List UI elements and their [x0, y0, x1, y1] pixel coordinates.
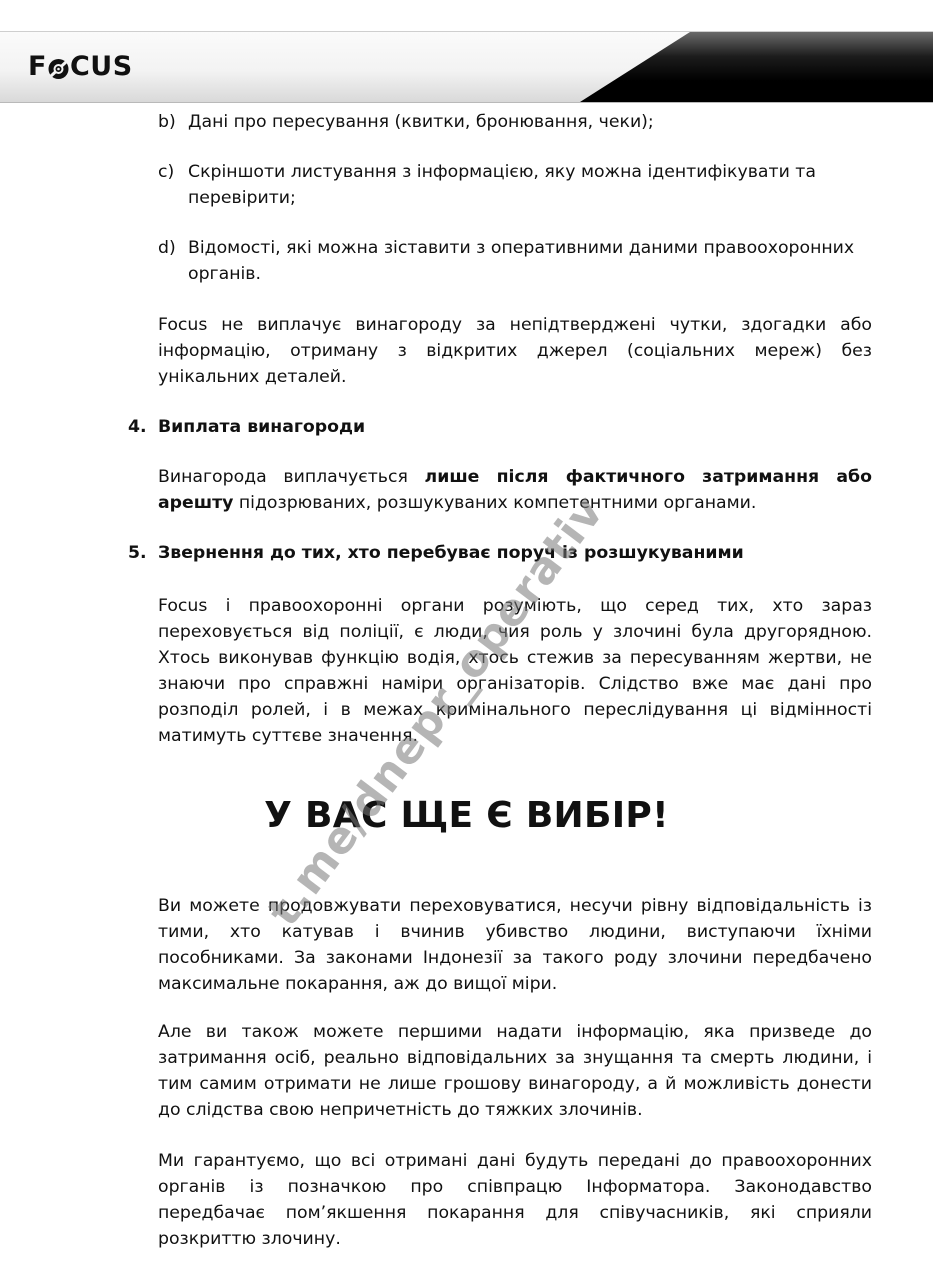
- header-black-wedge: [580, 32, 933, 102]
- section-number: 5.: [128, 540, 158, 566]
- section-title: Звернення до тих, хто перебуває поруч із…: [158, 543, 744, 563]
- closing-paragraph: Ми гарантуємо, що всі отримані дані буду…: [158, 1148, 872, 1252]
- callout-title: У ВАС ЩЕ Є ВИБІР!: [0, 795, 933, 836]
- closing-paragraph: Ви можете продовжувати переховуватися, н…: [158, 893, 872, 997]
- text: підозрюваних, розшукуваних компетентними…: [233, 493, 756, 513]
- logo-letters: CUS: [70, 51, 133, 82]
- page-header: F CUS: [0, 31, 933, 103]
- list-item: c) Скріншоти листування з інформацією, я…: [158, 159, 872, 211]
- closing-paragraph: Але ви також можете першими надати інфор…: [158, 1019, 872, 1123]
- eye-icon: [48, 56, 69, 78]
- list-item: b) Дані про пересування (квитки, бронюва…: [158, 109, 872, 135]
- list-item-text: Скріншоти листування з інформацією, яку …: [188, 159, 872, 211]
- section4-paragraph: Винагорода виплачується лише після факти…: [158, 464, 872, 516]
- text: Винагорода виплачується: [158, 467, 425, 487]
- list-marker: d): [158, 235, 176, 261]
- section5-paragraph: Focus і правоохоронні органи розуміють, …: [158, 593, 872, 749]
- list-marker: c): [158, 159, 174, 185]
- list-item-text: Дані про пересування (квитки, бронювання…: [188, 109, 872, 135]
- section-heading-4: 4.Виплата винагороди: [128, 414, 365, 440]
- list-item: d) Відомості, які можна зіставити з опер…: [158, 235, 872, 287]
- logo-letter: F: [28, 51, 47, 82]
- section-number: 4.: [128, 414, 158, 440]
- section-title: Виплата винагороди: [158, 417, 365, 437]
- list-item-text: Відомості, які можна зіставити з операти…: [188, 235, 872, 287]
- focus-logo: F CUS: [28, 52, 133, 80]
- note-paragraph: Focus не виплачує винагороду за непідтве…: [158, 312, 872, 390]
- list-marker: b): [158, 109, 176, 135]
- section-heading-5: 5.Звернення до тих, хто перебуває поруч …: [128, 540, 744, 566]
